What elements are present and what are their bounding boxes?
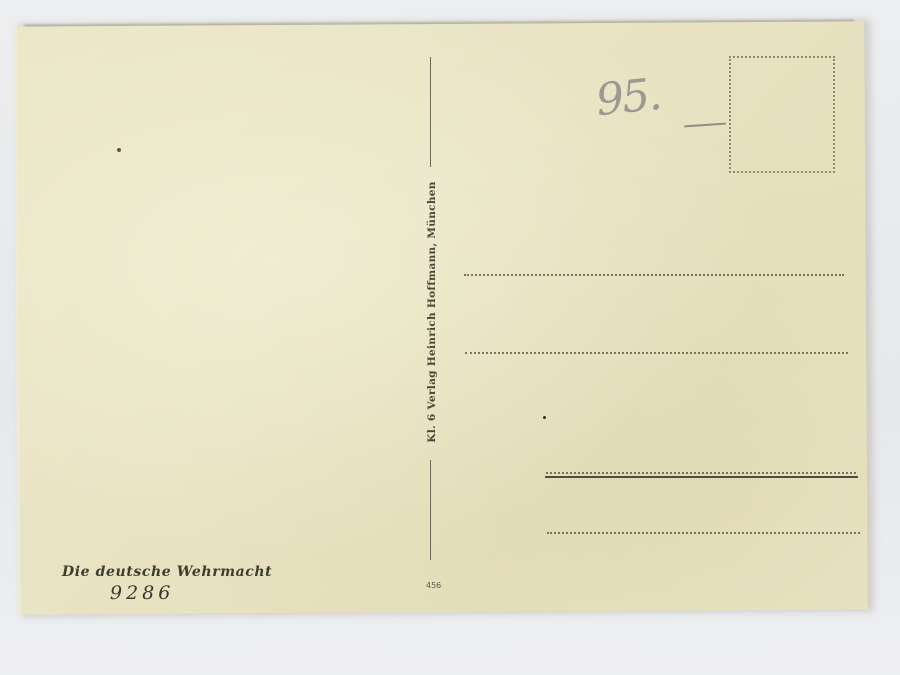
print-number: 456 (426, 581, 441, 590)
address-line-2 (465, 352, 848, 354)
card-caption: Die deutsche Wehrmacht (62, 564, 272, 580)
paper-speck (543, 416, 546, 419)
center-divider-top (430, 57, 431, 167)
address-line-3-underline (545, 476, 858, 478)
center-divider-bottom (430, 460, 431, 560)
stamp-box (729, 56, 835, 173)
publisher-imprint: Kl. 6 Verlag Heinrich Hoffmann, München (426, 181, 438, 442)
address-line-1 (464, 274, 844, 276)
address-line-3 (546, 472, 856, 474)
paper-speck (117, 148, 121, 152)
handwritten-code: 9286 (110, 582, 174, 604)
handwritten-price: 95. (594, 69, 663, 126)
address-line-4 (547, 532, 860, 534)
